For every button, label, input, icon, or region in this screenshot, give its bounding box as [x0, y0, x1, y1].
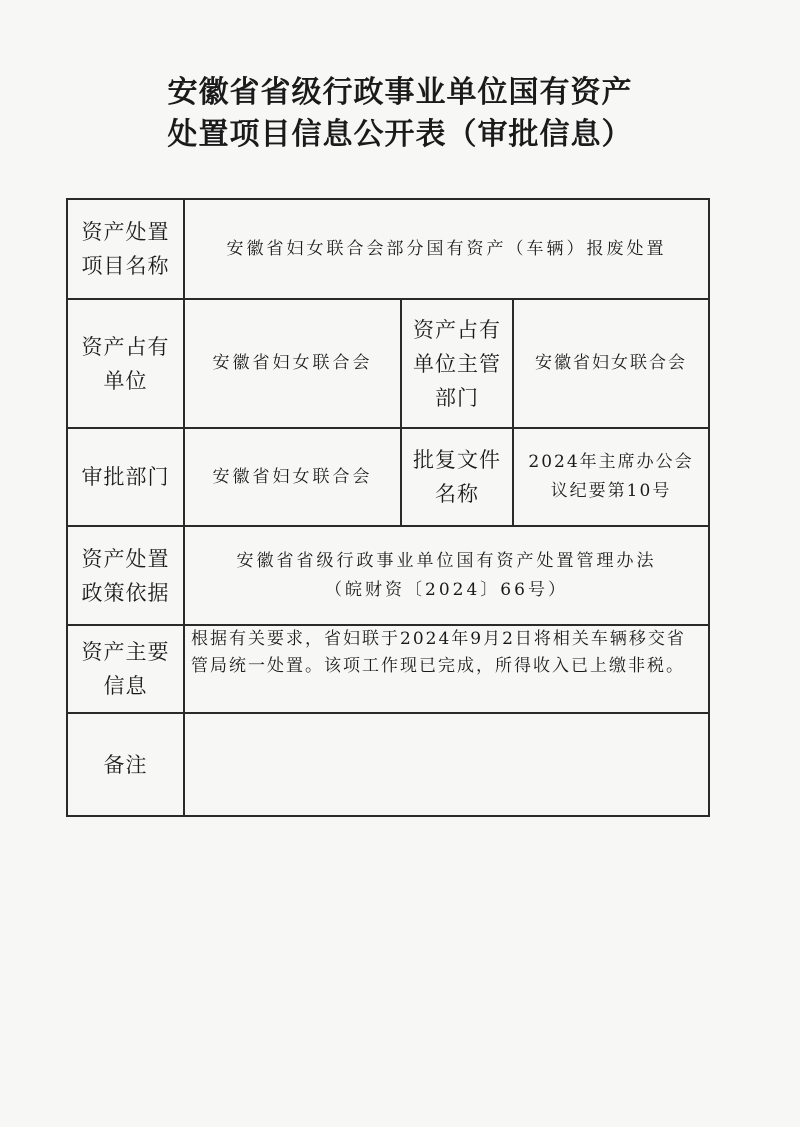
approval-dept-value: 安徽省妇女联合会: [184, 428, 401, 526]
remarks-label: 备注: [67, 713, 184, 816]
title-line-2: 处置项目信息公开表（审批信息）: [0, 114, 800, 156]
remarks-value: [184, 713, 709, 816]
row-remarks: 备注: [67, 713, 709, 816]
row-main-info: 资产主要 信息 根据有关要求，省妇联于2024年9月2日将相关车辆移交省管局统一…: [67, 625, 709, 713]
main-info-label: 资产主要 信息: [67, 625, 184, 713]
main-info-value: 根据有关要求，省妇联于2024年9月2日将相关车辆移交省管局统一处置。该项工作现…: [184, 625, 709, 713]
info-table: 资产处置 项目名称 安徽省妇女联合会部分国有资产（车辆）报废处置 资产占有 单位…: [66, 198, 710, 817]
supervisor-value: 安徽省妇女联合会: [513, 299, 709, 428]
approval-dept-label: 审批部门: [67, 428, 184, 526]
row-approval: 审批部门 安徽省妇女联合会 批复文件 名称 2024年主席办公会 议纪要第10号: [67, 428, 709, 526]
holder-value: 安徽省妇女联合会: [184, 299, 401, 428]
policy-label: 资产处置 政策依据: [67, 526, 184, 625]
approval-doc-label: 批复文件 名称: [401, 428, 513, 526]
row-holder: 资产占有 单位 安徽省妇女联合会 资产占有 单位主管 部门 安徽省妇女联合会: [67, 299, 709, 428]
document-title: 安徽省省级行政事业单位国有资产 处置项目信息公开表（审批信息）: [0, 72, 800, 156]
approval-doc-value: 2024年主席办公会 议纪要第10号: [513, 428, 709, 526]
title-line-1: 安徽省省级行政事业单位国有资产: [0, 72, 800, 114]
policy-value: 安徽省省级行政事业单位国有资产处置管理办法 （皖财资〔2024〕66号）: [184, 526, 709, 625]
project-name-value: 安徽省妇女联合会部分国有资产（车辆）报废处置: [184, 199, 709, 299]
row-project-name: 资产处置 项目名称 安徽省妇女联合会部分国有资产（车辆）报废处置: [67, 199, 709, 299]
supervisor-label: 资产占有 单位主管 部门: [401, 299, 513, 428]
project-name-label: 资产处置 项目名称: [67, 199, 184, 299]
holder-label: 资产占有 单位: [67, 299, 184, 428]
row-policy: 资产处置 政策依据 安徽省省级行政事业单位国有资产处置管理办法 （皖财资〔202…: [67, 526, 709, 625]
